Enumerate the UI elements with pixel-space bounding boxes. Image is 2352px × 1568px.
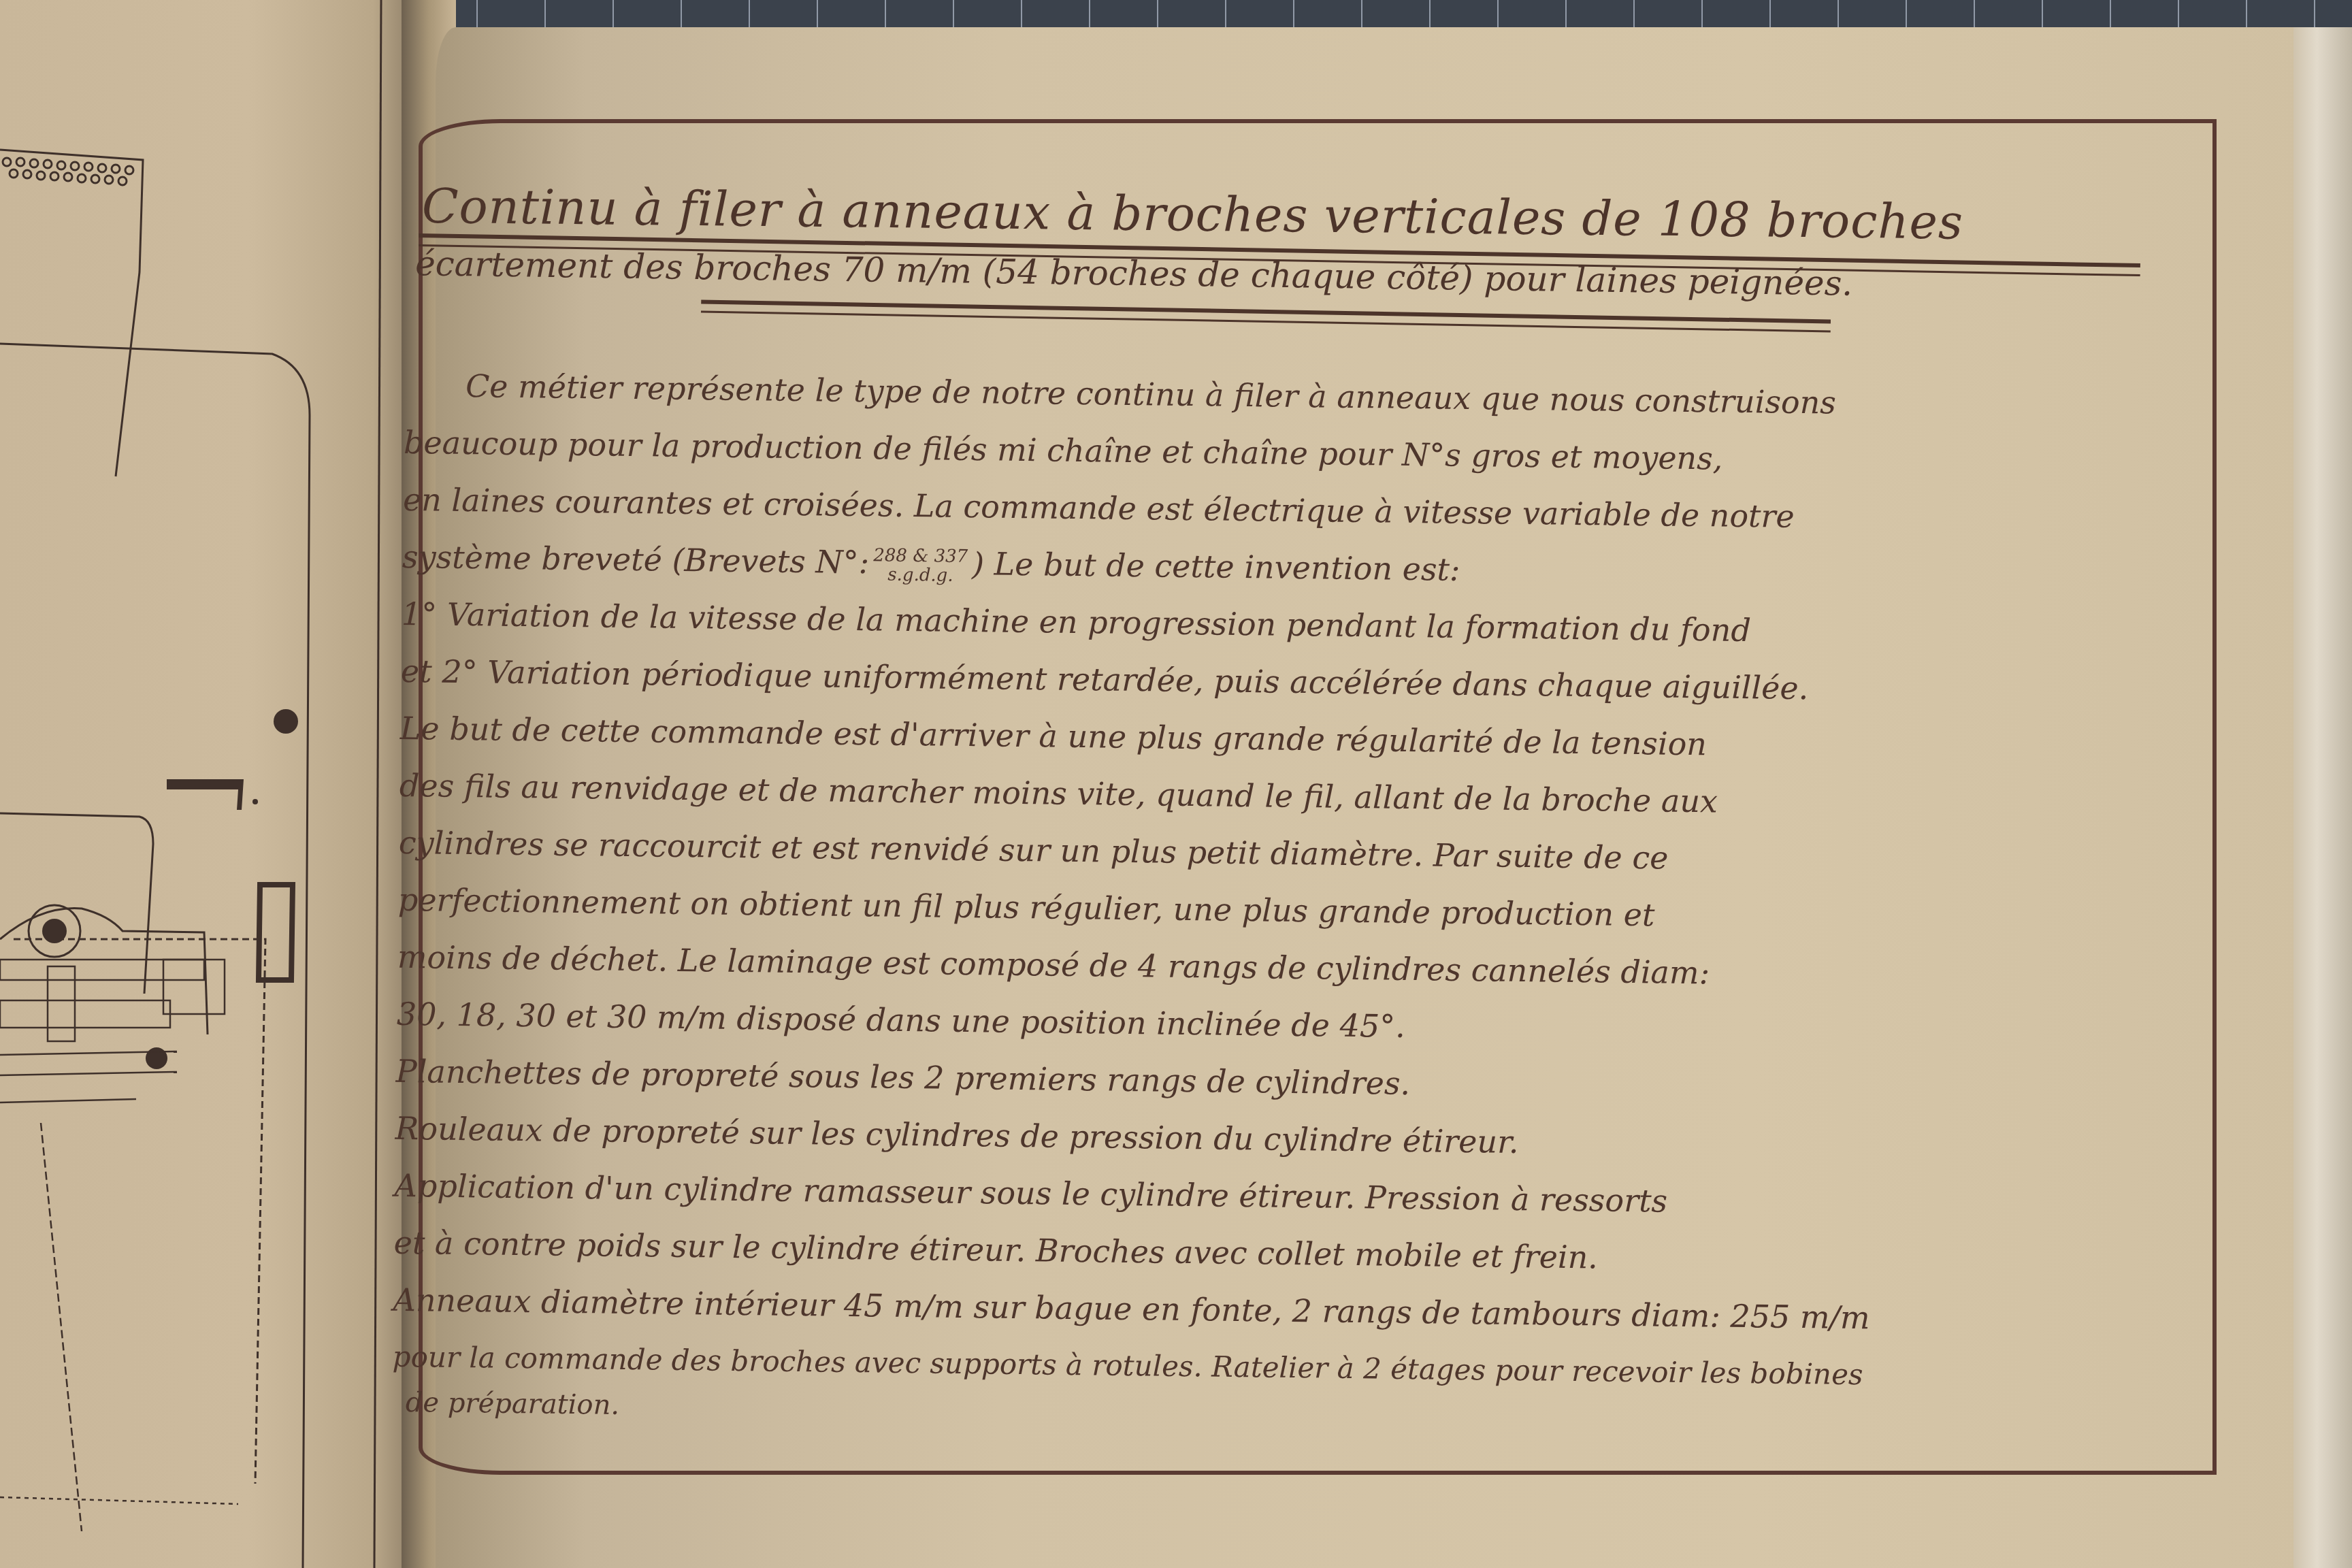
hole-icon xyxy=(274,709,298,734)
patent-number-fraction: 288 & 337s.g.d.g. xyxy=(873,546,968,585)
technical-drawing xyxy=(0,0,408,1568)
body-text: Ce métier représente le type de notre co… xyxy=(392,357,2202,1441)
spindle-circles-icon xyxy=(3,158,133,185)
page-block-edge xyxy=(2293,27,2352,1568)
bracket-icon xyxy=(167,779,244,810)
left-page xyxy=(0,0,415,1568)
